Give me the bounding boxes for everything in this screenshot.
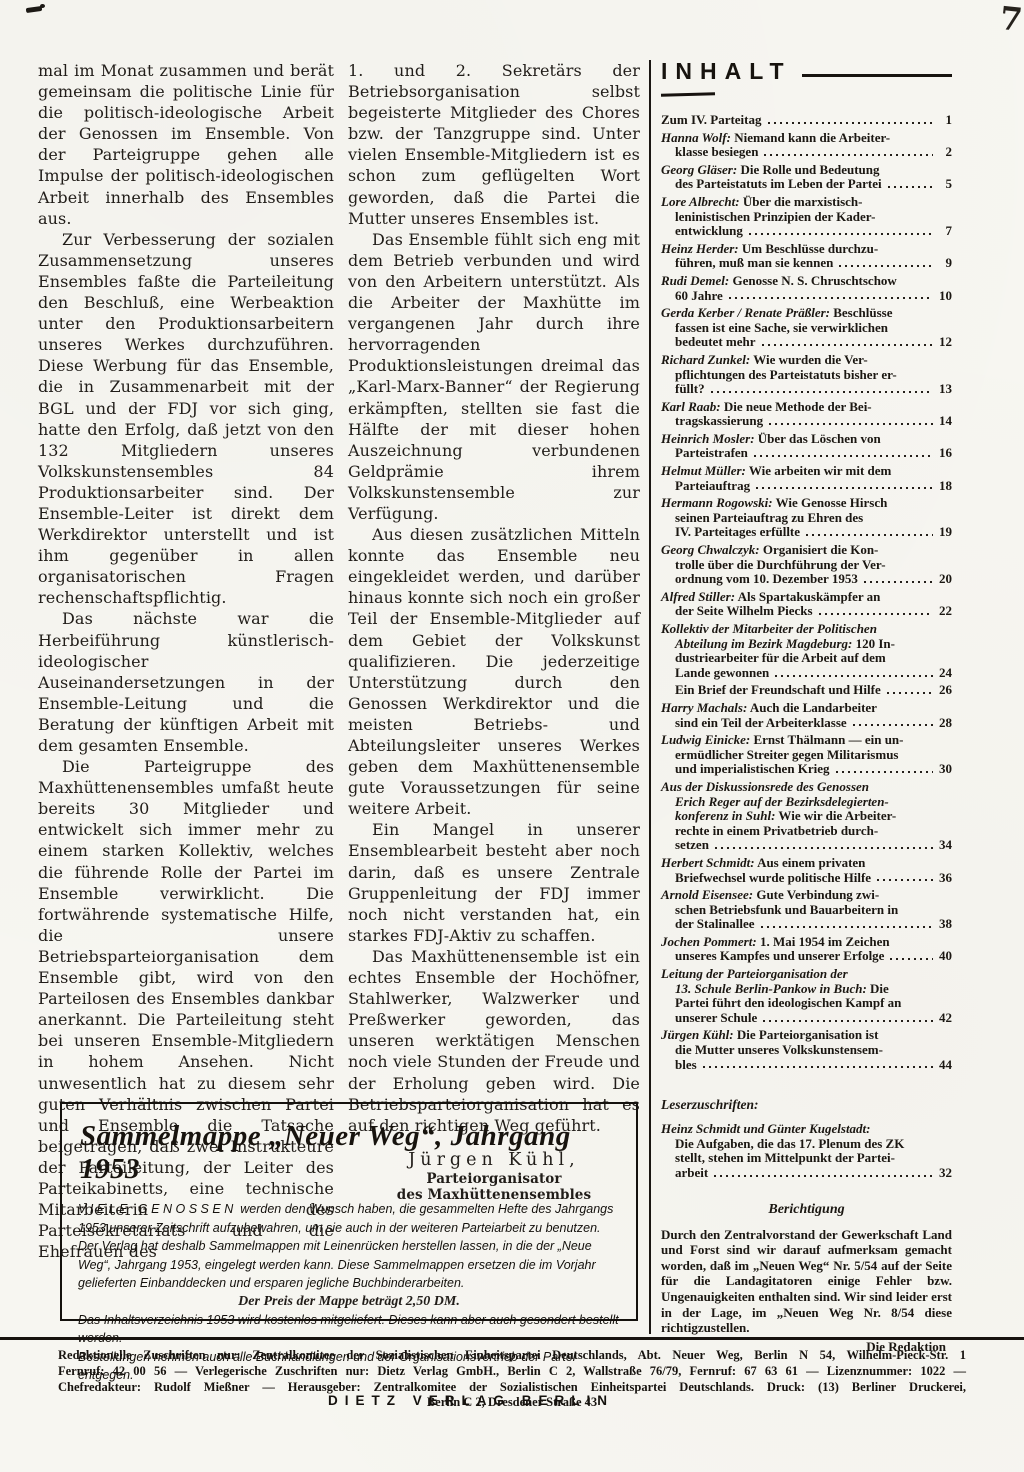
toc-author: 13. Schule Berlin-Pankow in Buch: (675, 981, 867, 996)
promo-lead-caps: VIELE GENOSSEN (78, 1202, 237, 1216)
toc-dot-leader (839, 257, 933, 267)
toc-dot-leader (888, 178, 933, 188)
toc-title-text: Parteiauftrag (675, 479, 750, 494)
toc-dot-leader (729, 290, 933, 300)
toc-line: dustriearbeiter für die Arbeit auf dem (661, 651, 952, 666)
toc-line: setzen34 (661, 838, 952, 853)
toc-dot-leader (836, 763, 933, 773)
toc-line: Richard Zunkel: Wie wurden die Ver- (661, 353, 952, 368)
toc-entry: Ein Brief der Freundschaft und Hilfe26 (661, 683, 952, 698)
promo-paragraph-2: Der Verlag hat deshalb Sammelmappen mit … (78, 1237, 620, 1293)
promo-paragraph-3: Das Inhaltsverzeichnis 1953 wird kostenl… (78, 1311, 620, 1348)
paragraph: Aus diesen zusätzlichen Mitteln konnte d… (348, 524, 640, 819)
scan-speck (40, 4, 45, 8)
toc-title-text: 120 In- (852, 636, 895, 651)
toc-dot-leader (769, 415, 933, 425)
toc-line: 60 Jahre10 (661, 289, 952, 304)
toc-dot-leader (761, 918, 933, 928)
toc-title-text: entwicklung (675, 224, 743, 239)
toc-title-text: Die Aufgaben, die das 17. Plenum des ZK (675, 1136, 904, 1151)
toc-author: Aus der Diskussionsrede des Genossen (661, 779, 869, 794)
toc-author: Heinz Schmidt und Günter Kugelstadt: (661, 1121, 871, 1136)
toc-entry: Harry Machals: Auch die Landarbeitersind… (661, 701, 952, 730)
paragraph: mal im Monat zusammen und berät gemeinsa… (38, 60, 334, 229)
toc-line: konferenz in Suhl: Wie wir die Arbeiter- (661, 809, 952, 824)
toc-title-text: Ein Brief der Freundschaft und Hilfe (675, 683, 881, 698)
toc-title-text: Die Rolle und Bedeutung (737, 162, 879, 177)
toc-line: pflichtungen des Parteistatuts bisher er… (661, 368, 952, 383)
toc-line: ordnung vom 10. Dezember 195320 (661, 572, 952, 587)
toc-title-text: Über die marxistisch- (740, 194, 863, 209)
toc-line: Kollektiv der Mitarbeiter der Politische… (661, 622, 952, 637)
toc-title-text: klasse besiegen (675, 145, 758, 160)
toc-title-text: der Stalinallee (675, 917, 755, 932)
toc-line: Arnold Eisensee: Gute Verbindung zwi- (661, 888, 952, 903)
toc-author: Kollektiv der Mitarbeiter der Politische… (661, 621, 877, 636)
toc-line: leninistischen Prinzipien der Kader- (661, 210, 952, 225)
toc-title-text: dustriearbeiter für die Arbeit auf dem (675, 650, 886, 665)
toc-line: unserer Schule42 (661, 1011, 952, 1026)
toc-title: INHALT (661, 58, 792, 85)
column-divider-rule (649, 60, 651, 1334)
footer-line: Redaktionelle Zuschriften nur: Zentralko… (58, 1348, 966, 1364)
toc-dot-leader (768, 114, 933, 124)
toc-page-number: 18 (936, 479, 952, 494)
paragraph: Ein Mangel in unserer Ensemblearbeit bes… (348, 819, 640, 946)
toc-title-text: setzen (675, 838, 709, 853)
toc-title-text: seinen Parteiauftrag zu Ehren des (675, 510, 863, 525)
toc-dot-leader (890, 950, 933, 960)
toc-title-text: fassen ist eine Sache, sie verwirklichen (675, 320, 888, 335)
toc-page-number: 40 (936, 949, 952, 964)
toc-title-text: pflichtungen des Parteistatuts bisher er… (675, 367, 897, 382)
toc-dot-leader (711, 383, 933, 393)
toc-line: Abteilung im Bezirk Magdeburg: 120 In- (661, 637, 952, 652)
toc-entry: Zum IV. Parteitag1 (661, 113, 952, 128)
toc-title-text: die Mutter unseres Volkskunstensem- (675, 1042, 883, 1057)
toc-header-underline (661, 92, 715, 96)
toc-line: der Seite Wilhelm Piecks22 (661, 604, 952, 619)
toc-page-number: 30 (936, 762, 952, 777)
toc-page-number: 20 (936, 572, 952, 587)
toc-line: IV. Parteitages erfüllte19 (661, 525, 952, 540)
toc-line: bles44 (661, 1058, 952, 1073)
toc-line: klasse besiegen2 (661, 145, 952, 160)
toc-line: Parteistrafen16 (661, 446, 952, 461)
toc-title-text: ermüdlicher Streiter gegen Militarismus (675, 747, 898, 762)
toc-title-text: rechte in einem Privatbetrieb durch- (675, 823, 878, 838)
toc-line: trolle über die Durchführung der Ver- (661, 558, 952, 573)
toc-page-number: 26 (936, 683, 952, 698)
toc-dot-leader (764, 146, 933, 156)
reader-letters-header: Leserzuschriften: (661, 1097, 952, 1113)
toc-title-text: Die neue Methode der Bei- (721, 399, 872, 414)
toc-dot-leader (775, 667, 933, 677)
toc-entry: Richard Zunkel: Wie wurden die Ver-pflic… (661, 353, 952, 397)
toc-title-text: Gute Verbindung zwi- (753, 887, 879, 902)
toc-line: Heinrich Mosler: Über das Löschen von (661, 432, 952, 447)
toc-line: rechte in einem Privatbetrieb durch- (661, 824, 952, 839)
toc-dot-leader (877, 872, 933, 882)
toc-page-number: 7 (936, 224, 952, 239)
toc-page-number: 32 (936, 1166, 952, 1181)
toc-line: die Mutter unseres Volkskunstensem- (661, 1043, 952, 1058)
toc-title-text: führen, muß man sie kennen (675, 256, 833, 271)
toc-page-number: 16 (936, 446, 952, 461)
toc-line: ermüdlicher Streiter gegen Militarismus (661, 748, 952, 763)
toc-line: Lande gewonnen24 (661, 666, 952, 681)
middle-column-paragraphs: 1. und 2. Sekretärs der Betriebsorganisa… (348, 60, 640, 1136)
promo-paragraph-1: VIELE GENOSSEN werden den Wunsch haben, … (78, 1200, 620, 1237)
toc-page-number: 22 (936, 604, 952, 619)
toc-line: tragskassierung14 (661, 414, 952, 429)
toc-entry: Heinz Herder: Um Beschlüsse durchzu-führ… (661, 242, 952, 271)
toc-author: konferenz in Suhl: (675, 808, 775, 823)
toc-author: Jochen Pommert: (661, 934, 757, 949)
toc-title-text: Wie wurden die Ver- (750, 352, 868, 367)
toc-title-text: sind ein Teil der Arbeiterklasse (675, 716, 847, 731)
toc-title-text: füllt? (675, 382, 705, 397)
footer-line: Chefredakteur: Rudolf Mießner — Herausge… (58, 1380, 966, 1396)
toc-header-rule (802, 74, 952, 77)
toc-title-text: Genosse N. S. Chruschtschow (729, 273, 897, 288)
toc-author: Lore Albrecht: (661, 194, 740, 209)
toc-title-text: Wie Genosse Hirsch (773, 495, 888, 510)
toc-page-number: 5 (936, 177, 952, 192)
handwritten-page-mark: 7 (998, 0, 1024, 39)
toc-dot-leader (762, 336, 933, 346)
toc-line: stellt, stehen im Mittelpunkt der Partei… (661, 1151, 952, 1166)
toc-entry: Jürgen Kühl: Die Parteiorganisation istd… (661, 1028, 952, 1072)
toc-page-number: 1 (936, 113, 952, 128)
toc-title-text: Ernst Thälmann — ein un- (750, 732, 903, 747)
toc-line: Ludwig Einicke: Ernst Thälmann — ein un- (661, 733, 952, 748)
toc-entry: Rudi Demel: Genosse N. S. Chruschtschow6… (661, 274, 952, 303)
toc-line: Partei führt den ideologischen Kampf an (661, 996, 952, 1011)
toc-author: Georg Gläser: (661, 162, 737, 177)
toc-page-number: 44 (936, 1058, 952, 1073)
toc-line: Herbert Schmidt: Aus einem privaten (661, 856, 952, 871)
toc-line: Jochen Pommert: 1. Mai 1954 im Zeichen (661, 935, 952, 950)
toc-author: Gerda Kerber / Renate Präßler: (661, 305, 830, 320)
toc-title-text: Um Beschlüsse durchzu- (739, 241, 879, 256)
toc-page-number: 12 (936, 335, 952, 350)
toc-title-text: arbeit (675, 1166, 708, 1181)
toc-page-number: 42 (936, 1011, 952, 1026)
toc-title-text: unserer Schule (675, 1011, 757, 1026)
toc-entry: Heinz Schmidt und Günter Kugelstadt:Die … (661, 1122, 952, 1180)
toc-title-text: des Parteistatuts im Leben der Partei (675, 177, 882, 192)
toc-title-text: Die Parteiorganisation ist (734, 1027, 879, 1042)
toc-entry: Lore Albrecht: Über die marxistisch-leni… (661, 195, 952, 239)
toc-title-text: und imperialistischen Krieg (675, 762, 830, 777)
toc-line: Briefwechsel wurde politische Hilfe36 (661, 871, 952, 886)
toc-title-text: IV. Parteitages erfüllte (675, 525, 800, 540)
toc-title-text: Auch die Landarbeiter (747, 700, 877, 715)
toc-author: Hermann Rogowski: (661, 495, 773, 510)
toc-author: Helmut Müller: (661, 463, 746, 478)
toc-dot-leader (714, 1167, 933, 1177)
toc-entry: Kollektiv der Mitarbeiter der Politische… (661, 622, 952, 680)
toc-dot-leader (715, 839, 933, 849)
toc-line: Harry Machals: Auch die Landarbeiter (661, 701, 952, 716)
toc-line: Rudi Demel: Genosse N. S. Chruschtschow (661, 274, 952, 289)
toc-author: Harry Machals: (661, 700, 747, 715)
toc-line: Gerda Kerber / Renate Präßler: Beschlüss… (661, 306, 952, 321)
toc-line: unseres Kampfes und unserer Erfolge40 (661, 949, 952, 964)
toc-line: schen Betriebsfunk und Bauarbeitern in (661, 903, 952, 918)
toc-line: Ein Brief der Freundschaft und Hilfe26 (661, 683, 952, 698)
paragraph: 1. und 2. Sekretärs der Betriebsorganisa… (348, 60, 640, 229)
toc-line: führen, muß man sie kennen9 (661, 256, 952, 271)
toc-dot-leader (864, 573, 933, 583)
toc-line: Hermann Rogowski: Wie Genosse Hirsch (661, 496, 952, 511)
toc-title-text: Briefwechsel wurde politische Hilfe (675, 871, 871, 886)
toc-page-number: 2 (936, 145, 952, 160)
toc-entry: Aus der Diskussionsrede des GenossenEric… (661, 780, 952, 853)
toc-author: Abteilung im Bezirk Magdeburg: (675, 636, 852, 651)
toc-author: Leitung der Parteiorganisation der (661, 966, 848, 981)
toc-entry: Heinrich Mosler: Über das Löschen vonPar… (661, 432, 952, 461)
toc-line: Georg Gläser: Die Rolle und Bedeutung (661, 163, 952, 178)
toc-page-number: 10 (936, 289, 952, 304)
toc-title-text: tragskassierung (675, 414, 763, 429)
toc-title-text: Niemand kann die Arbeiter- (731, 130, 890, 145)
toc-line: fassen ist eine Sache, sie verwirklichen (661, 321, 952, 336)
toc-title-text: bedeutet mehr (675, 335, 756, 350)
toc-author: Heinrich Mosler: (661, 431, 755, 446)
toc-line: Erich Reger auf der Bezirksdelegierten- (661, 795, 952, 810)
toc-entries: Zum IV. Parteitag1Hanna Wolf: Niemand ka… (661, 113, 952, 1072)
promo-title: Sammelmappe „Neuer Weg“, Jahrgang 1953 (80, 1120, 620, 1186)
toc-author: Karl Raab: (661, 399, 721, 414)
toc-title-text: Partei führt den ideologischen Kampf an (675, 995, 901, 1010)
toc-title-text: Wie wir die Arbeiter- (775, 808, 896, 823)
correction-section: Berichtigung Durch den Zentralvorstand d… (661, 1202, 952, 1355)
toc-title-text: leninistischen Prinzipien der Kader- (675, 209, 875, 224)
toc-line: Parteiauftrag18 (661, 479, 952, 494)
paragraph: Zur Verbesserung der sozialen Zusammense… (38, 229, 334, 609)
toc-page-number: 9 (936, 256, 952, 271)
toc-dot-leader (703, 1059, 933, 1069)
toc-line: Aus der Diskussionsrede des Genossen (661, 780, 952, 795)
toc-line: Helmut Müller: Wie arbeiten wir mit dem (661, 464, 952, 479)
toc-author: Arnold Eisensee: (661, 887, 753, 902)
imprint-footer: Redaktionelle Zuschriften nur: Zentralko… (58, 1348, 966, 1411)
toc-entry: Arnold Eisensee: Gute Verbindung zwi-sch… (661, 888, 952, 932)
toc-dot-leader (754, 447, 933, 457)
toc-author: Alfred Stiller: (661, 589, 735, 604)
toc-entry: Georg Gläser: Die Rolle und Bedeutungdes… (661, 163, 952, 192)
toc-line: Alfred Stiller: Als Spartakuskämpfer an (661, 590, 952, 605)
toc-entry: Karl Raab: Die neue Methode der Bei-trag… (661, 400, 952, 429)
toc-header: INHALT (661, 58, 952, 85)
toc-line: Heinz Herder: Um Beschlüsse durchzu- (661, 242, 952, 257)
toc-line: Hanna Wolf: Niemand kann die Arbeiter- (661, 131, 952, 146)
toc-entry: Alfred Stiller: Als Spartakuskämpfer and… (661, 590, 952, 619)
toc-title-text: Wie arbeiten wir mit dem (746, 463, 892, 478)
footer-line: Fernruf: 42 00 56 — Verlegerische Zuschr… (58, 1364, 966, 1380)
toc-title-text: stellt, stehen im Mittelpunkt der Partei… (675, 1150, 895, 1165)
toc-dot-leader (853, 717, 933, 727)
toc-line: Leitung der Parteiorganisation der (661, 967, 952, 982)
toc-page-number: 19 (936, 525, 952, 540)
toc-author: Erich Reger auf der Bezirksdelegierten- (675, 794, 889, 809)
toc-page-number: 36 (936, 871, 952, 886)
toc-line: Lore Albrecht: Über die marxistisch- (661, 195, 952, 210)
toc-entry: Ludwig Einicke: Ernst Thälmann — ein un-… (661, 733, 952, 777)
paragraph: Das Ensemble fühlt sich eng mit dem Betr… (348, 229, 640, 524)
toc-line: Jürgen Kühl: Die Parteiorganisation ist (661, 1028, 952, 1043)
footer-rule (0, 1337, 1024, 1340)
toc-line: Zum IV. Parteitag1 (661, 113, 952, 128)
toc-title-text: Beschlüsse (830, 305, 892, 320)
toc-line: Die Aufgaben, die das 17. Plenum des ZK (661, 1137, 952, 1152)
toc-line: seinen Parteiauftrag zu Ehren des (661, 511, 952, 526)
toc-page-number: 38 (936, 917, 952, 932)
toc-dot-leader (887, 684, 933, 694)
toc-dot-leader (819, 605, 933, 615)
toc-author: Heinz Herder: (661, 241, 739, 256)
toc-line: der Stalinallee38 (661, 917, 952, 932)
toc-title-text: Als Spartakuskämpfer an (735, 589, 880, 604)
toc-title-text: der Seite Wilhelm Piecks (675, 604, 813, 619)
toc-author: Jürgen Kühl: (661, 1027, 734, 1042)
correction-body: Durch den Zentralvorstand der Gewerkscha… (661, 1227, 952, 1336)
toc-page-number: 14 (936, 414, 952, 429)
toc-author: Hanna Wolf: (661, 130, 731, 145)
toc-entry: Hanna Wolf: Niemand kann die Arbeiter-kl… (661, 131, 952, 160)
toc-line: bedeutet mehr12 (661, 335, 952, 350)
toc-title-text: Die (867, 981, 889, 996)
toc-dot-leader (806, 526, 933, 536)
toc-title-text: ordnung vom 10. Dezember 1953 (675, 572, 858, 587)
toc-dot-leader (749, 225, 933, 235)
toc-entry: Jochen Pommert: 1. Mai 1954 im Zeichenun… (661, 935, 952, 964)
toc-line: Georg Chwalczyk: Organisiert die Kon- (661, 543, 952, 558)
toc-line: sind ein Teil der Arbeiterklasse28 (661, 716, 952, 731)
footer-line: Berlin C 2, Dresdener Straße 43 (58, 1395, 966, 1411)
toc-line: entwicklung7 (661, 224, 952, 239)
correction-header: Berichtigung (661, 1202, 952, 1218)
toc-title-text: Organisiert die Kon- (760, 542, 879, 557)
toc-entry: Georg Chwalczyk: Organisiert die Kon-tro… (661, 543, 952, 587)
toc-line: füllt?13 (661, 382, 952, 397)
paragraph: Das nächste war die Herbeiführung künstl… (38, 608, 334, 756)
toc-title-text: Über das Löschen von (755, 431, 881, 446)
toc-line: und imperialistischen Krieg30 (661, 762, 952, 777)
middle-column: 1. und 2. Sekretärs der Betriebsorganisa… (348, 60, 640, 1204)
toc-entry: Leitung der Parteiorganisation der13. Sc… (661, 967, 952, 1025)
toc-author: Ludwig Einicke: (661, 732, 750, 747)
reader-letters-entries: Heinz Schmidt und Günter Kugelstadt:Die … (661, 1122, 952, 1180)
toc-author: Georg Chwalczyk: (661, 542, 760, 557)
toc-line: arbeit32 (661, 1166, 952, 1181)
toc-title-text: schen Betriebsfunk und Bauarbeitern in (675, 902, 898, 917)
toc-entry: Gerda Kerber / Renate Präßler: Beschlüss… (661, 306, 952, 350)
toc-line: 13. Schule Berlin-Pankow in Buch: Die (661, 982, 952, 997)
toc-title-text: 1. Mai 1954 im Zeichen (757, 934, 890, 949)
promo-box: Sammelmappe „Neuer Weg“, Jahrgang 1953 V… (60, 1102, 638, 1321)
left-column: mal im Monat zusammen und berät gemeinsa… (38, 60, 334, 1262)
toc-entry: Helmut Müller: Wie arbeiten wir mit demP… (661, 464, 952, 493)
toc-title-text: trolle über die Durchführung der Ver- (675, 557, 886, 572)
toc-title-text: Zum IV. Parteitag (661, 113, 762, 128)
toc-page-number: 34 (936, 838, 952, 853)
toc-title-text: unseres Kampfes und unserer Erfolge (675, 949, 884, 964)
toc-page-number: 28 (936, 716, 952, 731)
toc-page-number: 24 (936, 666, 952, 681)
toc-author: Rudi Demel: (661, 273, 729, 288)
toc-line: Karl Raab: Die neue Methode der Bei- (661, 400, 952, 415)
toc-title-text: Aus einem privaten (755, 855, 866, 870)
toc-line: Heinz Schmidt und Günter Kugelstadt: (661, 1122, 952, 1137)
toc-entry: Herbert Schmidt: Aus einem privatenBrief… (661, 856, 952, 885)
toc-author: Richard Zunkel: (661, 352, 750, 367)
promo-price-line: Der Preis der Mappe beträgt 2,50 DM. (78, 1294, 620, 1310)
toc-title-text: bles (675, 1058, 697, 1073)
toc-dot-leader (756, 480, 933, 490)
table-of-contents: INHALT Zum IV. Parteitag1Hanna Wolf: Nie… (661, 58, 952, 1355)
toc-author: Herbert Schmidt: (661, 855, 755, 870)
scanned-magazine-page: 7 mal im Monat zusammen und berät gemein… (0, 0, 1024, 1472)
toc-dot-leader (763, 1012, 933, 1022)
reader-letters-section: Leserzuschriften: Heinz Schmidt und Günt… (661, 1097, 952, 1180)
toc-entry: Hermann Rogowski: Wie Genosse Hirschsein… (661, 496, 952, 540)
toc-title-text: Lande gewonnen (675, 666, 769, 681)
toc-page-number: 13 (936, 382, 952, 397)
toc-title-text: 60 Jahre (675, 289, 723, 304)
toc-line: des Parteistatuts im Leben der Partei5 (661, 177, 952, 192)
toc-title-text: Parteistrafen (675, 446, 748, 461)
